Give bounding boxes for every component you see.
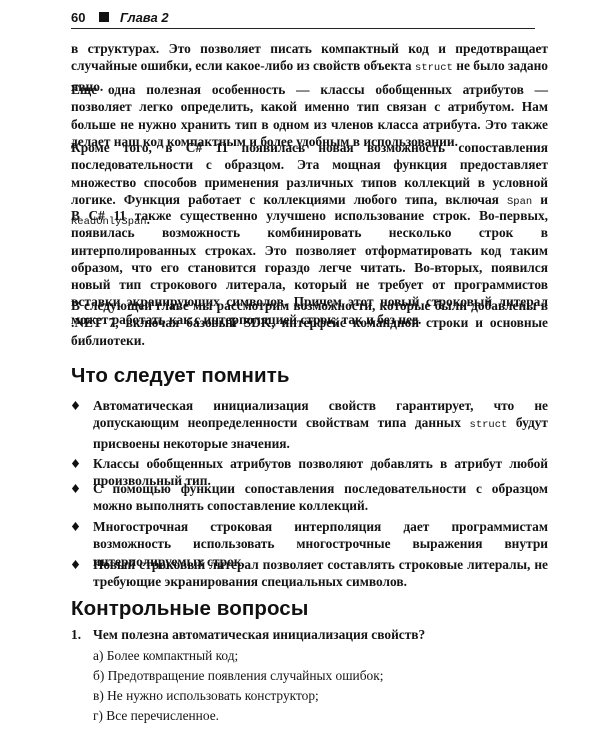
diamond-bullet-icon: [71, 459, 80, 468]
text-run: Кроме того, в C# 11 появилась новая возм…: [71, 140, 548, 207]
text-run: Новый строковый литерал позволяет состав…: [93, 557, 548, 589]
inline-code: struct: [415, 62, 453, 74]
diamond-bullet-icon: [71, 401, 80, 410]
text-run: В следующей главе мы рассмотрим возможно…: [71, 298, 548, 348]
answer-option-c: в) Не нужно использовать конструктор;: [93, 687, 319, 704]
running-head: 60 Глава 2: [71, 8, 535, 29]
bullet-text: С помощью функции сопоставления последов…: [93, 480, 548, 515]
chapter-title: Глава 2: [120, 10, 169, 25]
text-run: С помощью функции сопоставления последов…: [93, 481, 548, 513]
bullet-text: Новый строковый литерал позволяет состав…: [93, 556, 548, 591]
bullet-item: С помощью функции сопоставления последов…: [71, 480, 548, 515]
section-heading-questions: Контрольные вопросы: [71, 597, 308, 621]
bullet-item: Новый строковый литерал позволяет состав…: [71, 556, 548, 591]
question-number: 1.: [71, 626, 93, 643]
bullet-text: Автоматическая инициализация свойств гар…: [93, 397, 548, 452]
question-text: Чем полезна автоматическая инициализация…: [93, 627, 425, 642]
diamond-bullet-icon: [71, 522, 80, 531]
section-heading-remember: Что следует помнить: [71, 364, 290, 388]
answer-option-d: г) Все перечисленное.: [93, 707, 219, 724]
paragraph: В следующей главе мы рассмотрим возможно…: [71, 297, 548, 349]
square-separator-icon: [99, 12, 109, 22]
page-number: 60: [71, 10, 85, 25]
diamond-bullet-icon: [71, 560, 80, 569]
inline-code: struct: [470, 419, 508, 431]
text-run: и: [532, 192, 548, 207]
answer-option-a: а) Более компактный код;: [93, 647, 238, 664]
question: 1.Чем полезна автоматическая инициализац…: [71, 626, 548, 643]
answer-option-b: б) Предотвращение появления случайных ош…: [93, 667, 383, 684]
diamond-bullet-icon: [71, 484, 80, 493]
bullet-item: Автоматическая инициализация свойств гар…: [71, 397, 548, 452]
